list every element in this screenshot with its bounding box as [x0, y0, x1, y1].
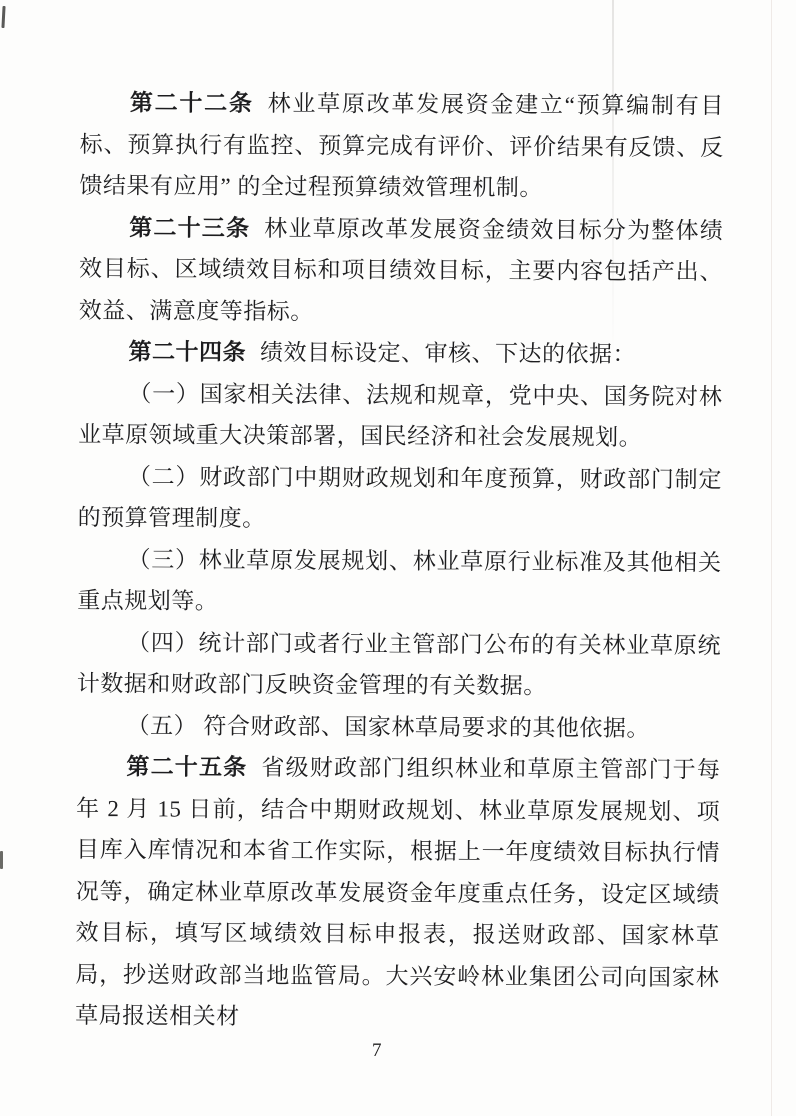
article-25-text: 省级财政部门组织林业和草原主管部门于每年 2 月 15 日前，结合中期财政规划、…	[75, 755, 720, 1029]
list-item-3-text: （三）林业草原发展规划、林业草原行业标准及其他相关重点规划等。	[77, 547, 721, 614]
article-25-number: 第二十五条	[126, 754, 247, 780]
article-24-paragraph: 第二十四条绩效目标设定、审核、下达的依据：	[78, 331, 722, 376]
list-item-4-paragraph: （四）统计部门或者行业主管部门公布的有关林业草原统计数据和财政部门反映资金管理的…	[77, 621, 721, 707]
list-item-5-text: （五） 符合财政部、国家林草局要求的其他依据。	[127, 713, 650, 741]
page-number: 7	[372, 1040, 382, 1062]
list-item-4-text: （四）统计部门或者行业主管部门公布的有关林业草原统计数据和财政部门反映资金管理的…	[77, 630, 721, 699]
article-22-paragraph: 第二十二条林业草原改革发展资金建立“预算编制有目标、预算执行有监控、预算完成有评…	[79, 82, 724, 210]
list-item-2-text: （二）财政部门中期财政规划和年度预算，财政部门制定的预算管理制度。	[78, 464, 722, 531]
scan-edge-mark-top	[1, 6, 5, 28]
list-item-1-text: （一）国家相关法律、法规和规章，党中央、国务院对林业草原领域重大决策部署，国民经…	[78, 381, 722, 450]
article-23-number: 第二十三条	[129, 215, 250, 241]
page-edge-shadow	[771, 0, 772, 1116]
article-22-number: 第二十二条	[130, 90, 254, 116]
list-item-2-paragraph: （二）财政部门中期财政规划和年度预算，财政部门制定的预算管理制度。	[78, 455, 722, 541]
list-item-1-paragraph: （一）国家相关法律、法规和规章，党中央、国务院对林业草原领域重大决策部署，国民经…	[78, 372, 722, 458]
article-23-paragraph: 第二十三条林业草原改革发展资金绩效目标分为整体绩效目标、区域绩效目标和项目绩效目…	[79, 206, 724, 334]
scanned-document-page: 第二十二条林业草原改革发展资金建立“预算编制有目标、预算执行有监控、预算完成有评…	[0, 0, 796, 1116]
document-body: 第二十二条林业草原改革发展资金建立“预算编制有目标、预算执行有监控、预算完成有评…	[75, 82, 724, 1040]
article-25-paragraph: 第二十五条省级财政部门组织林业和草原主管部门于每年 2 月 15 日前，结合中期…	[75, 746, 721, 1040]
list-item-3-paragraph: （三）林业草原发展规划、林业草原行业标准及其他相关重点规划等。	[77, 538, 721, 624]
list-item-5-paragraph: （五） 符合财政部、国家林草局要求的其他依据。	[77, 704, 721, 749]
article-24-number: 第二十四条	[129, 339, 247, 365]
scan-edge-mark-middle	[0, 851, 3, 869]
article-24-text: 绩效目标设定、审核、下达的依据：	[260, 340, 636, 367]
